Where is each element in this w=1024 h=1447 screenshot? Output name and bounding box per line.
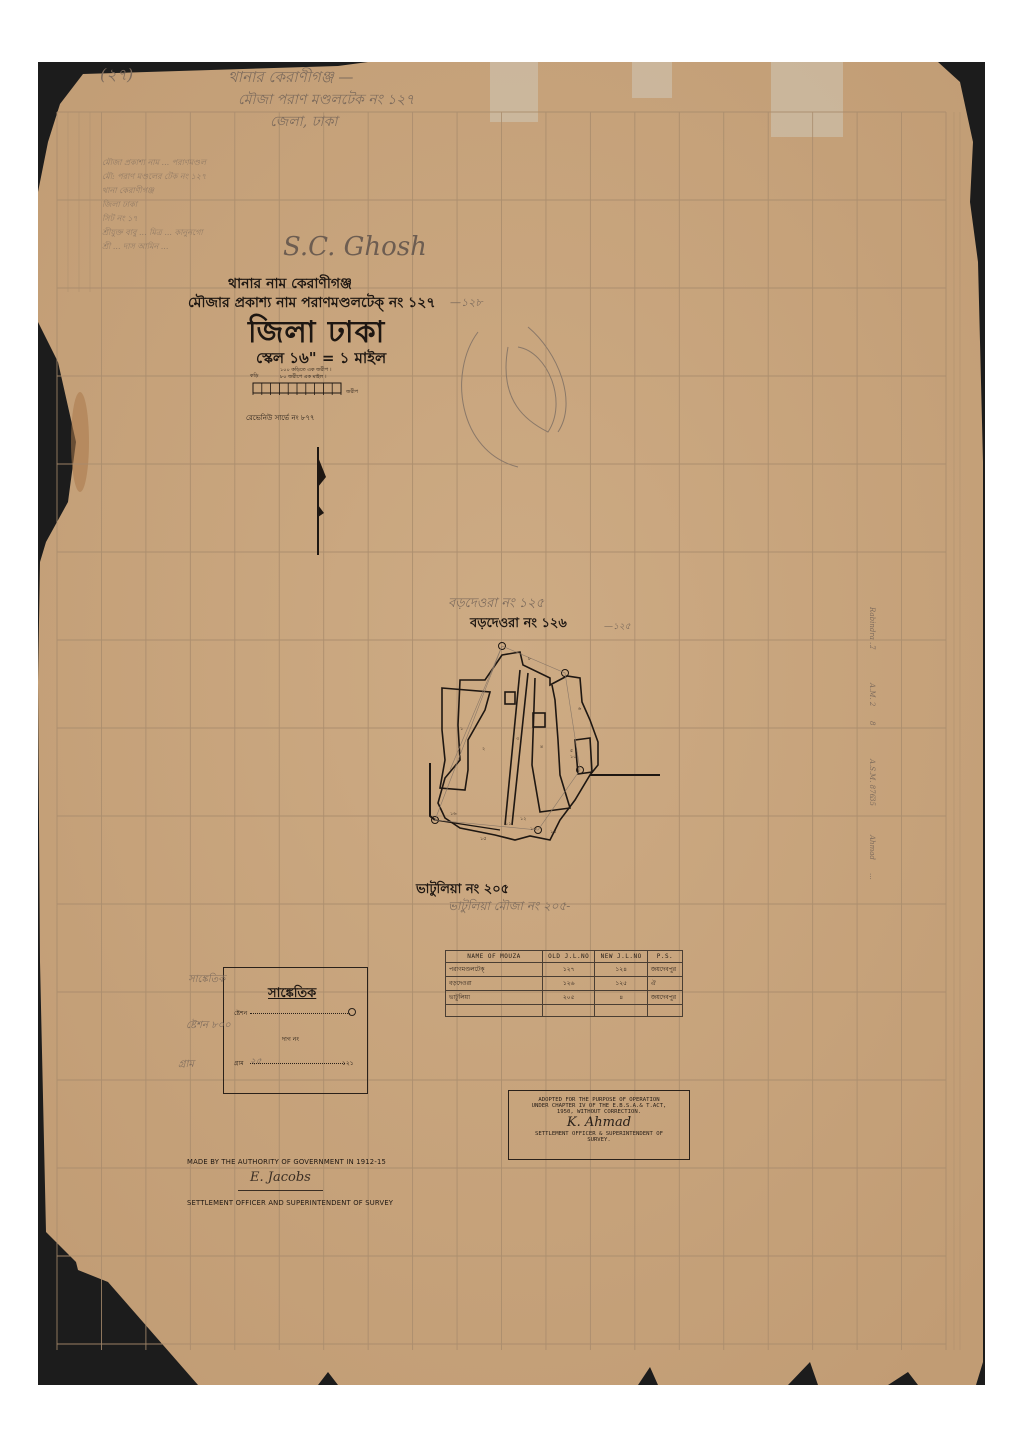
svg-text:১৪: ১৪ [550, 829, 557, 835]
scanned-map-sheet: (২৭) থানার কেরাণীগঞ্জ — মৌজা পরাণ মণ্ডলট… [38, 62, 985, 1385]
pencil-note-left-line: মৌজা প্রকাশ্য নাম ... পরাণমণ্ডল [102, 157, 206, 170]
legend-village-line [250, 1063, 345, 1064]
svg-text:১২: ১২ [520, 816, 527, 822]
stamp-line-5: SURVEY. [509, 1137, 689, 1143]
right-margin-note: A.M. 2 [868, 683, 876, 706]
table-cell-new: ৪ [595, 991, 647, 1005]
table-cell-new: ১২৫ [595, 977, 647, 991]
table-cell-name: ভাটুলিয়া [446, 991, 543, 1005]
pencil-note-left-line: শ্রী ... দাস আমিন ... [102, 241, 168, 254]
mouza-boundary-map: ৮১২৩৪৫৬১০১১১২১৩১৪১৫১৬ [420, 640, 670, 870]
svg-text:২: ২ [482, 746, 485, 752]
table-cell-ps: জয়দেবপুর [647, 991, 682, 1005]
legend-pencil-note-2: ষ্টেশন ৮০০ [186, 1018, 231, 1035]
south-neighbor-pencil: ভাটুলিয়া মৌজা নং ২০৫- [448, 898, 570, 918]
revenue-survey-number: রেভেনিউ সার্ভে নং ৮৭৭ [246, 412, 315, 424]
pencil-loop-mark [458, 312, 588, 482]
table-cell-ps: জয়দেবপুর [647, 963, 682, 977]
table-cell-new: ১২৪ [595, 963, 647, 977]
table-cell-name: পরাণমণ্ডলটেক্ [446, 963, 543, 977]
authority-signature: E. Jacobs [250, 1170, 311, 1185]
table-cell-old [543, 1005, 595, 1017]
right-margin-note: ... [868, 873, 876, 880]
table-row: পরাণমণ্ডলটেক্১২৭১২৪জয়দেবপুর [446, 963, 683, 977]
pencil-note-left-line: মৌ: পরাণ মণ্ডলের টেক নং ১২৭ [102, 171, 206, 184]
legend-pencil-note-3: গ্রাম [178, 1057, 194, 1074]
svg-text:৬: ৬ [578, 706, 582, 712]
col-old-jl: OLD J.L.NO [543, 951, 595, 963]
north-neighbor-pencil-correction: —১২৫ [604, 619, 631, 634]
table-cell-ps [647, 1005, 682, 1017]
table-cell-ps: ঐ [647, 977, 682, 991]
legend-plot-no-label: দাগ নং [282, 1034, 299, 1045]
right-margin-note: 7 [868, 645, 876, 649]
right-margin-note: A.S.M. 876 [868, 759, 876, 798]
legend-pencil-note-1: সাঙ্কেতিক [188, 972, 225, 989]
col-ps: P.S. [647, 951, 682, 963]
table-cell-name [446, 1005, 543, 1017]
svg-text:১১: ১১ [505, 821, 512, 827]
right-margin-note: 8 [868, 721, 876, 725]
legend-village-label: গ্রাম [234, 1058, 244, 1069]
table-cell-old: ১২৭ [543, 963, 595, 977]
mouza-table-header: NAME OF MOUZA OLD J.L.NO NEW J.L.NO P.S. [446, 951, 683, 963]
table-row [446, 1005, 683, 1017]
signature-line [238, 1190, 323, 1191]
legend-box: সাঙ্কেতিক ষ্টেশন দাগ নং গ্রাম ২৫ ১২১ [223, 967, 368, 1094]
north-neighbor-pencil: বড়দেওরা নং ১২৫ [448, 594, 544, 615]
pencil-note-district: জেলা, ঢাকা [270, 110, 337, 134]
legend-village-value: ২৫ [250, 1054, 262, 1069]
svg-text:১: ১ [460, 726, 463, 732]
svg-text:১৬: ১৬ [450, 811, 457, 817]
svg-text:১৫: ১৫ [480, 836, 487, 842]
scale-bar: কড়ি ১০০ কড়িতে এক জরীপ । ৮০ জরীপে এক মা… [250, 367, 370, 407]
scale-bar-graphic [252, 381, 352, 395]
authority-officer-title: SETTLEMENT OFFICER AND SUPERINTENDENT OF… [187, 1199, 393, 1207]
scale-bar-unit: জরীপ [346, 389, 358, 397]
pencil-note-mouza: মৌজা পরাণ মণ্ডলটেক নং ১২৭ [238, 88, 414, 112]
mouza-table: NAME OF MOUZA OLD J.L.NO NEW J.L.NO P.S.… [445, 950, 683, 1017]
right-margin-note: Rabindra ... [868, 607, 876, 649]
svg-text:১০: ১০ [570, 754, 577, 760]
right-margin-note: Ahmad [868, 835, 876, 860]
legend-village-end: ১২১ [342, 1058, 354, 1069]
pencil-note-left-line: থানা কেরাণীগঞ্জ [102, 185, 154, 198]
legend-title: সাঙ্কেতিক [268, 984, 316, 1005]
pencil-corner-mark: (২৭) [100, 62, 133, 89]
legend-station-label: ষ্টেশন [234, 1008, 247, 1019]
col-name: NAME OF MOUZA [446, 951, 543, 963]
table-cell-name: বড়দেওরা [446, 977, 543, 991]
svg-text:৩: ৩ [516, 736, 520, 742]
station-symbol-icon [348, 1008, 356, 1016]
col-new-jl: NEW J.L.NO [595, 951, 647, 963]
pencil-note-left-line: সিট নং ১৭ [102, 213, 138, 226]
pencil-signature: S.C. Ghosh [283, 232, 427, 262]
table-row: বড়দেওরা১২৬১২৫ঐ [446, 977, 683, 991]
pencil-note-left-line: জিলা ঢাকা [102, 199, 137, 212]
authority-statement: MADE BY THE AUTHORITY OF GOVERNMENT IN 1… [187, 1158, 386, 1166]
right-margin-note: 35 [868, 797, 876, 806]
table-cell-old: ১২৬ [543, 977, 595, 991]
north-mark-icon [310, 447, 330, 557]
north-neighbor-label: বড়দেওরা নং ১২৬ [470, 614, 567, 635]
scale-bar-label: কড়ি [250, 373, 259, 381]
svg-text:১৩: ১৩ [530, 826, 537, 832]
table-row: ভাটুলিয়া২০৫৪জয়দেবপুর [446, 991, 683, 1005]
adoption-stamp: ADOPTED FOR THE PURPOSE OF OPERATION UND… [508, 1090, 690, 1160]
mouza-pencil-correction: —১২৮ [450, 294, 482, 313]
svg-text:৮: ৮ [528, 656, 532, 662]
stamp-signature: K. Ahmad [509, 1115, 689, 1131]
table-cell-new [595, 1005, 647, 1017]
legend-station-line [250, 1013, 350, 1014]
table-cell-old: ২০৫ [543, 991, 595, 1005]
pencil-note-left-line: শ্রীযুক্ত বাবু ... মিত্র ... কানুনগো [102, 227, 203, 240]
svg-text:৪: ৪ [540, 744, 543, 750]
